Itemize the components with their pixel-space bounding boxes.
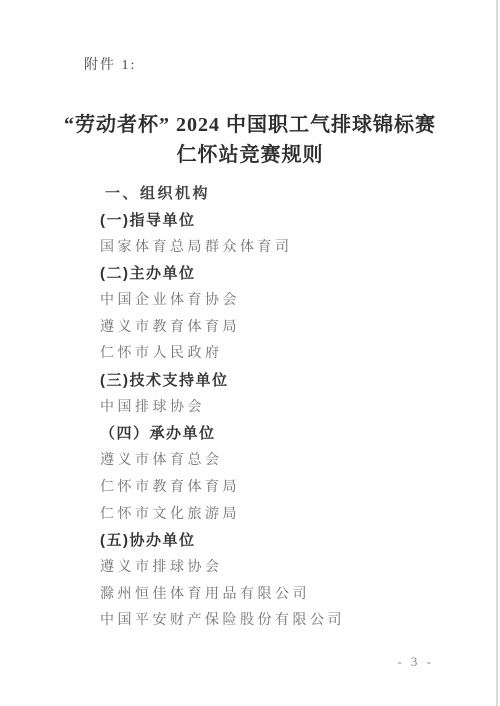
document-lines: 一、组织机构(一)指导单位国家体育总局群众体育司(二)主办单位中国企业体育协会遵…	[100, 179, 470, 633]
org-item: 中国排球协会	[100, 393, 470, 420]
document-title-line2: 仁怀站竞赛规则	[0, 140, 500, 170]
org-item: 仁怀市教育体育局	[100, 473, 470, 500]
group-heading: (三)技术支持单位	[100, 366, 470, 393]
org-item: 仁怀市文化旅游局	[100, 499, 470, 526]
org-item: 遵义市教育体育局	[100, 312, 470, 339]
document-title-line1: “劳动者杯” 2024 中国职工气排球锦标赛	[0, 110, 500, 140]
org-item: 遵义市体育总会	[100, 446, 470, 473]
org-item: 中国企业体育协会	[100, 286, 470, 313]
scan-edge-line	[496, 0, 498, 706]
scanned-document-page: 附件 1: “劳动者杯” 2024 中国职工气排球锦标赛 仁怀站竞赛规则 一、组…	[0, 0, 500, 706]
section-heading: 一、组织机构	[100, 179, 470, 206]
group-heading: (五)协办单位	[100, 526, 470, 553]
group-heading: (一)指导单位	[100, 206, 470, 233]
document-title: “劳动者杯” 2024 中国职工气排球锦标赛 仁怀站竞赛规则	[0, 110, 500, 170]
org-item: 中国平安财产保险股份有限公司	[100, 606, 470, 633]
page-number: - 3 -	[397, 654, 434, 670]
org-item: 国家体育总局群众体育司	[100, 232, 470, 259]
org-item: 仁怀市人民政府	[100, 339, 470, 366]
group-heading: （四）承办单位	[100, 419, 470, 446]
group-heading: (二)主办单位	[100, 259, 470, 286]
org-item: 遵义市排球协会	[100, 553, 470, 580]
attachment-label: 附件 1:	[84, 54, 136, 74]
org-item: 滁州恒佳体育用品有限公司	[100, 579, 470, 606]
